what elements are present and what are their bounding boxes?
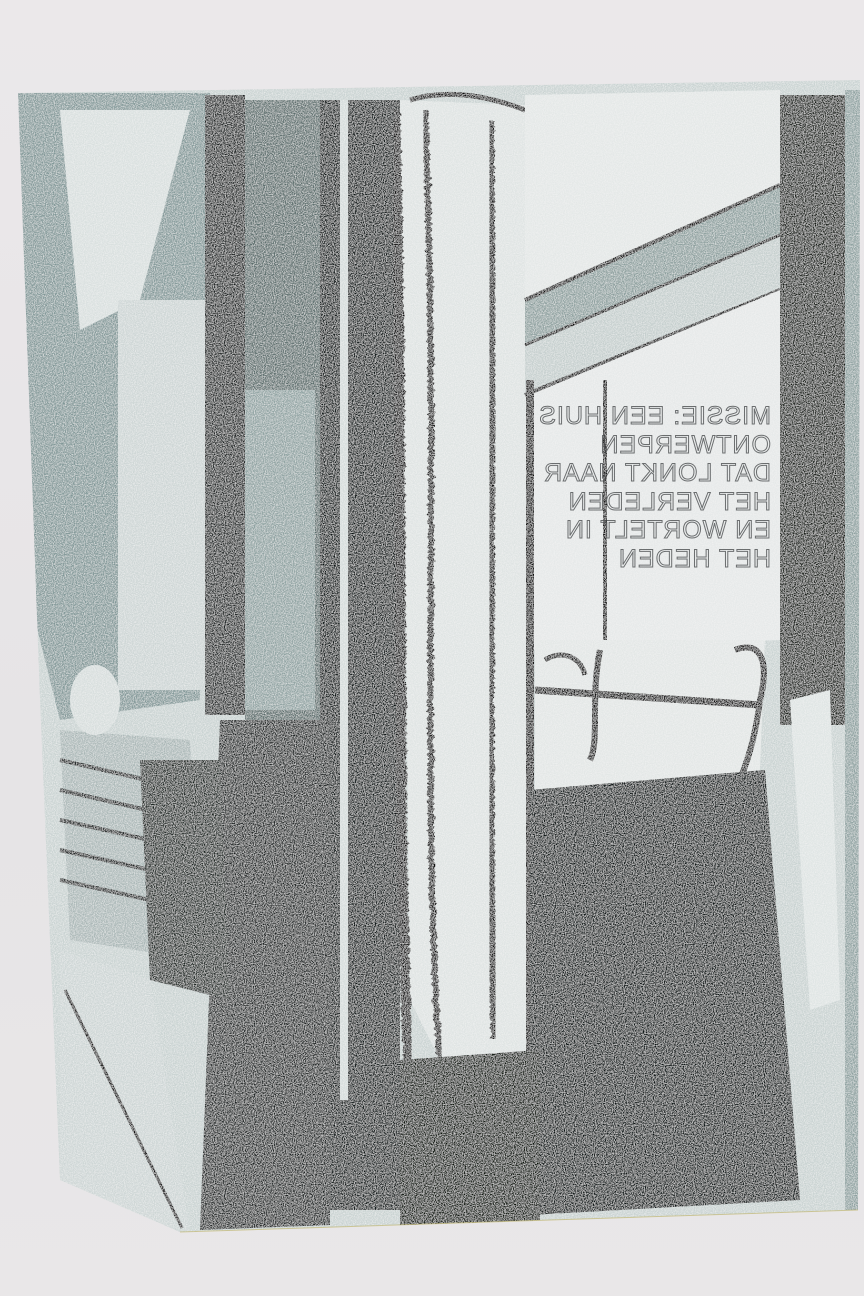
monoprint-artwork: MISSIE: EEN HUIS ONTWERPEN DAT LONKT NAA… — [0, 0, 864, 1296]
caption-line: MISSIE: EEN HUIS — [486, 402, 771, 431]
caption-line: ONTWERPEN — [486, 431, 771, 460]
caption-line: HET HEDEN — [486, 545, 771, 574]
caption-line: HET VERLEDEN — [486, 488, 771, 517]
mirrored-caption: MISSIE: EEN HUIS ONTWERPEN DAT LONKT NAA… — [486, 402, 771, 573]
caption-line: EN WORTELT IN — [486, 516, 771, 545]
print-image — [0, 0, 864, 1296]
caption-line: DAT LONKT NAAR — [486, 459, 771, 488]
